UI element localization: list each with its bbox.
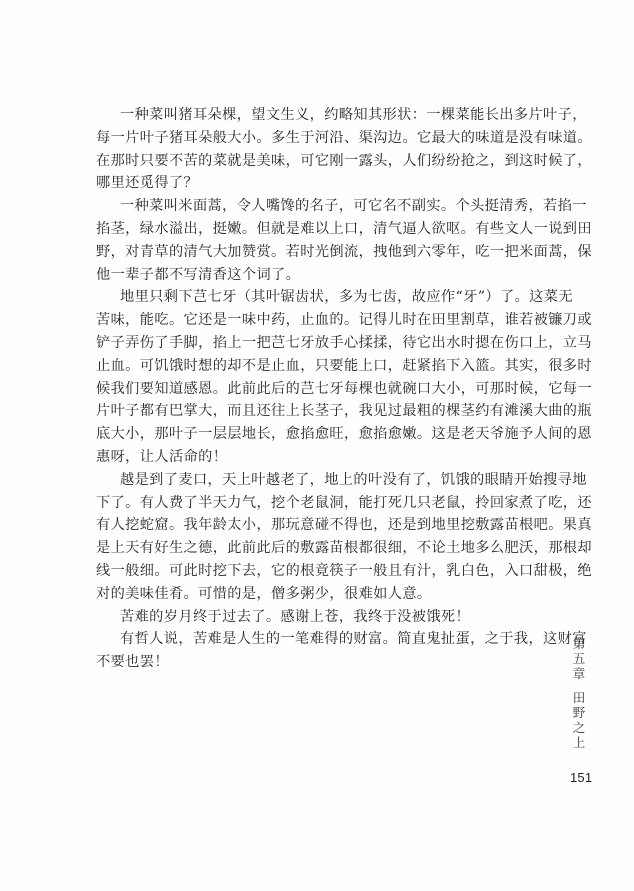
text-line: 一种菜叫猪耳朵棵，望文生义，约略知其形状：一棵菜能长出多片叶子， bbox=[96, 104, 554, 127]
text-line: 越是到了麦口，天上叶越老了，地上的叶没有了，饥饿的眼睛开始搜寻地 bbox=[96, 469, 554, 492]
text-line: 有哲人说，苦难是人生的一笔难得的财富。简直鬼扯蛋，之于我，这财富 bbox=[96, 628, 554, 651]
text-line: 一种菜叫米面蒿，令人嘴馋的名子，可它名不副实。个头挺清秀，若掐一 bbox=[96, 195, 554, 218]
text-line: 苦难的岁月终于过去了。感谢上苍，我终于没被饿死！ bbox=[96, 606, 554, 629]
title-char: 野 bbox=[571, 705, 587, 720]
paragraph-6: 有哲人说，苦难是人生的一笔难得的财富。简直鬼扯蛋，之于我，这财富 不要也罢！ bbox=[96, 628, 554, 674]
chapter-char: 五 bbox=[571, 651, 587, 666]
chapter-char: 章 bbox=[571, 666, 587, 681]
text-line: 掐茎，绿水溢出，挺嫩。但就是难以上口，清气逼人欲呕。有些文人一说到田 bbox=[96, 218, 554, 241]
book-page: 一种菜叫猪耳朵棵，望文生义，约略知其形状：一棵菜能长出多片叶子， 每一片叶子猪耳… bbox=[0, 0, 634, 891]
text-line: 是上天有好生之德，此前此后的敷露苗根都很细，不论土地多么肥沃，那根却 bbox=[96, 537, 554, 560]
chapter-side-label: 第 五 章 田 野 之 上 bbox=[571, 636, 587, 750]
text-line: 候我们要知道感恩。此前此后的芑七牙每棵也就碗口大小，可那时候，它每一 bbox=[96, 378, 554, 401]
text-line: 铲子弄伤了手脚，掐上一把芑七牙放手心揉揉，待它出水时摁在伤口上，立马 bbox=[96, 332, 554, 355]
text-line: 苦味，能吃。它还是一味中药，止血的。记得儿时在田里割草，谁若被镰刀或 bbox=[96, 309, 554, 332]
label-gap bbox=[571, 681, 587, 690]
chapter-number: 第 五 章 bbox=[571, 636, 587, 681]
paragraph-2: 一种菜叫米面蒿，令人嘴馋的名子，可它名不副实。个头挺清秀，若掐一 掐茎，绿水溢出… bbox=[96, 195, 554, 286]
text-line: 哪里还觅得了？ bbox=[96, 172, 554, 195]
paragraph-5: 苦难的岁月终于过去了。感谢上苍，我终于没被饿死！ bbox=[96, 606, 554, 629]
text-line: 他一辈子都不写清香这个词了。 bbox=[96, 264, 554, 287]
title-char: 上 bbox=[571, 735, 587, 750]
text-line: 有人挖蛇窟。我年龄太小，那玩意碰不得也，还是到地里挖敷露苗根吧。果真 bbox=[96, 514, 554, 537]
title-char: 田 bbox=[571, 690, 587, 705]
text-line: 止血。可饥饿时想的却不是止血，只要能上口，赶紧掐下入篮。其实，很多时 bbox=[96, 355, 554, 378]
title-char: 之 bbox=[571, 720, 587, 735]
chapter-title: 田 野 之 上 bbox=[571, 690, 587, 750]
text-line: 不要也罢！ bbox=[96, 651, 554, 674]
page-number: 151 bbox=[570, 770, 592, 785]
text-line: 对的美味佳肴。可惜的是，僧多粥少，很难如人意。 bbox=[96, 583, 554, 606]
text-line: 片叶子都有巴掌大，而且还往上长茎子，我见过最粗的棵茎约有滩溪大曲的瓶 bbox=[96, 400, 554, 423]
text-line: 在那时只要不苦的菜就是美味，可它刚一露头，人们纷纷抢之，到这时候了， bbox=[96, 150, 554, 173]
paragraph-1: 一种菜叫猪耳朵棵，望文生义，约略知其形状：一棵菜能长出多片叶子， 每一片叶子猪耳… bbox=[96, 104, 554, 195]
text-line: 地里只剩下芑七牙（其叶锯齿状，多为七齿，故应作“牙”）了。这菜无 bbox=[96, 286, 554, 309]
paragraph-4: 越是到了麦口，天上叶越老了，地上的叶没有了，饥饿的眼睛开始搜寻地 下了。有人费了… bbox=[96, 469, 554, 606]
text-line: 底大小，那叶子一层层地长，愈掐愈旺，愈掐愈嫩。这是老天爷施予人间的恩 bbox=[96, 423, 554, 446]
text-line: 每一片叶子猪耳朵般大小。多生于河沿、渠沟边。它最大的味道是没有味道。 bbox=[96, 127, 554, 150]
text-line: 惠呀，让人活命的！ bbox=[96, 446, 554, 469]
paragraph-3: 地里只剩下芑七牙（其叶锯齿状，多为七齿，故应作“牙”）了。这菜无 苦味，能吃。它… bbox=[96, 286, 554, 468]
body-text: 一种菜叫猪耳朵棵，望文生义，约略知其形状：一棵菜能长出多片叶子， 每一片叶子猪耳… bbox=[96, 104, 554, 674]
chapter-char: 第 bbox=[571, 636, 587, 651]
text-line: 下了。有人费了半天力气，挖个老鼠洞，能打死几只老鼠，拎回家煮了吃，还 bbox=[96, 492, 554, 515]
text-line: 野，对青草的清气大加赞赏。若时光倒流，拽他到六零年，吃一把米面蒿，保 bbox=[96, 241, 554, 264]
text-line: 线一般细。可此时挖下去，它的根竟筷子一般且有汁，乳白色，入口甜极，绝 bbox=[96, 560, 554, 583]
